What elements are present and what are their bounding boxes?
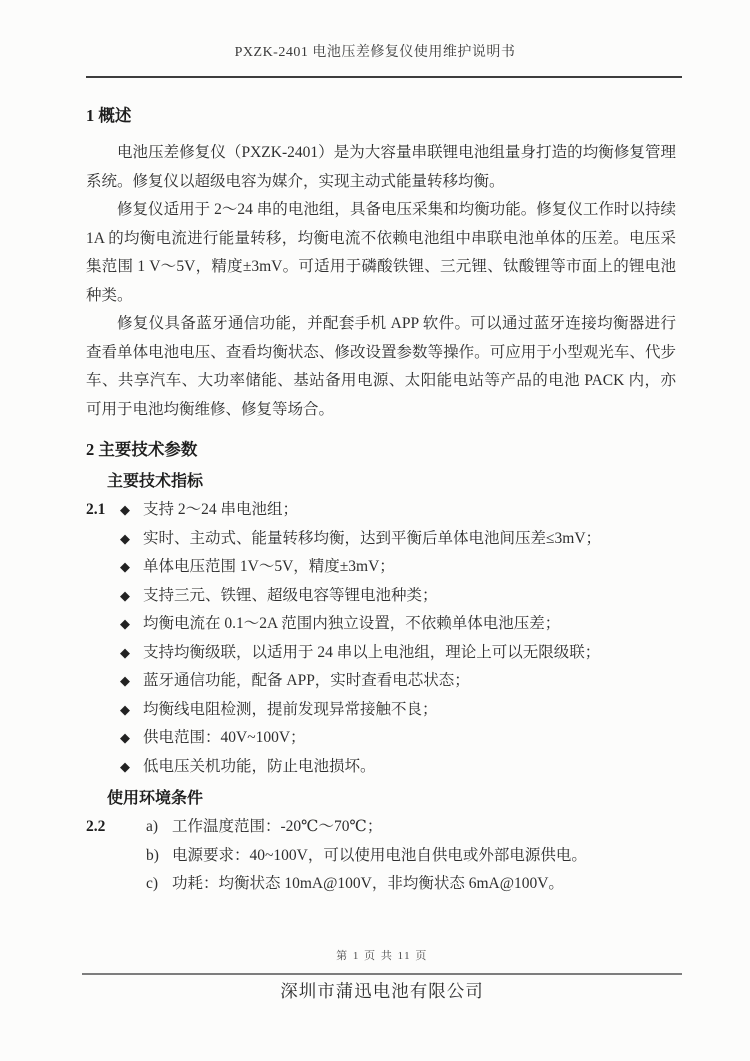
overview-paragraph: 电池压差修复仪（PXZK-2401）是为大容量串联锂电池组量身打造的均衡修复管理… <box>86 139 676 196</box>
environment-item-text: 电源要求：40~100V，可以使用电池自供电或外部电源供电。 <box>172 847 587 864</box>
spec-bullet-text: 支持 2～24 串电池组； <box>143 501 298 518</box>
page-number-info: 第 1 页 共 11 页 <box>82 948 682 964</box>
diamond-bullet-icon: ◆ <box>120 639 143 668</box>
overview-paragraph: 修复仪具备蓝牙通信功能，并配套手机 APP 软件。可以通过蓝牙连接均衡器进行查看… <box>86 310 676 424</box>
environment-item: a)工作温度范围：-20℃～70℃； <box>86 813 676 842</box>
section-heading-overview: 1 概述 <box>86 102 676 130</box>
subsection-number-2-1: 2.1 <box>86 496 105 525</box>
spec-bullet-text: 支持均衡级联，以适用于 24 串以上电池组，理论上可以无限级联； <box>143 644 600 661</box>
diamond-bullet-icon: ◆ <box>120 667 143 696</box>
environment-list: 2.2 a)工作温度范围：-20℃～70℃； b)电源要求：40~100V，可以… <box>86 813 676 899</box>
overview-paragraph: 修复仪适用于 2～24 串的电池组，具备电压采集和均衡功能。修复仪工作时以持续 … <box>86 196 676 310</box>
indicator-list: 2.1 ◆支持 2～24 串电池组； ◆实时、主动式、能量转移均衡，达到平衡后单… <box>86 496 676 781</box>
footer-rule <box>82 973 682 975</box>
environment-item: c)功耗：均衡状态 10mA@100V，非均衡状态 6mA@100V。 <box>86 870 676 899</box>
section-heading-specs: 2 主要技术参数 <box>86 436 676 464</box>
diamond-bullet-icon: ◆ <box>120 553 143 582</box>
spec-bullet-text: 支持三元、铁锂、超级电容等锂电池种类； <box>143 587 438 604</box>
item-marker: a) <box>146 813 172 842</box>
document-page: PXZK-2401 电池压差修复仪使用维护说明书 1 概述 电池压差修复仪（PX… <box>0 0 750 1061</box>
spec-bullet-item: ◆单体电压范围 1V～5V，精度±3mV； <box>86 553 676 582</box>
diamond-bullet-icon: ◆ <box>120 753 143 782</box>
spec-bullet-item: ◆蓝牙通信功能，配备 APP，实时查看电芯状态； <box>86 667 676 696</box>
spec-bullet-text: 低电压关机功能，防止电池损坏。 <box>143 758 376 775</box>
diamond-bullet-icon: ◆ <box>120 696 143 725</box>
spec-bullet-text: 均衡线电阻检测，提前发现异常接触不良； <box>143 701 438 718</box>
spec-bullet-item: ◆支持三元、铁锂、超级电容等锂电池种类； <box>86 582 676 611</box>
spec-bullet-text: 蓝牙通信功能，配备 APP，实时查看电芯状态； <box>143 672 470 689</box>
spec-bullet-text: 单体电压范围 1V～5V，精度±3mV； <box>143 558 395 575</box>
diamond-bullet-icon: ◆ <box>120 610 143 639</box>
subsection-heading-indicators: 主要技术指标 <box>107 468 676 496</box>
subsection-number-2-2: 2.2 <box>86 813 105 842</box>
environment-item: b)电源要求：40~100V，可以使用电池自供电或外部电源供电。 <box>86 842 676 871</box>
spec-bullet-text: 实时、主动式、能量转移均衡，达到平衡后单体电池间压差≤3mV； <box>143 530 601 547</box>
page-body: 1 概述 电池压差修复仪（PXZK-2401）是为大容量串联锂电池组量身打造的均… <box>0 102 750 899</box>
spec-bullet-item: ◆供电范围：40V~100V； <box>86 724 676 753</box>
diamond-bullet-icon: ◆ <box>120 496 143 525</box>
spec-bullet-item: ◆实时、主动式、能量转移均衡，达到平衡后单体电池间压差≤3mV； <box>86 525 676 554</box>
document-title: PXZK-2401 电池压差修复仪使用维护说明书 <box>0 42 750 64</box>
spec-bullet-text: 供电范围：40V~100V； <box>143 729 306 746</box>
environment-item-text: 工作温度范围：-20℃～70℃； <box>172 818 382 835</box>
spec-bullet-item: ◆均衡线电阻检测，提前发现异常接触不良； <box>86 696 676 725</box>
spec-bullet-text: 均衡电流在 0.1～2A 范围内独立设置，不依赖单体电池压差； <box>143 615 560 632</box>
page-footer: 第 1 页 共 11 页 深圳市蒲迅电池有限公司 <box>82 948 682 1004</box>
diamond-bullet-icon: ◆ <box>120 525 143 554</box>
spec-bullet-item: ◆支持 2～24 串电池组； <box>86 496 676 525</box>
header-rule <box>86 76 682 78</box>
spec-bullet-item: ◆低电压关机功能，防止电池损坏。 <box>86 753 676 782</box>
environment-item-text: 功耗：均衡状态 10mA@100V，非均衡状态 6mA@100V。 <box>172 875 564 892</box>
item-marker: b) <box>146 842 172 871</box>
company-name: 深圳市蒲迅电池有限公司 <box>82 978 682 1004</box>
page-header: PXZK-2401 电池压差修复仪使用维护说明书 <box>0 0 750 78</box>
diamond-bullet-icon: ◆ <box>120 724 143 753</box>
subsection-heading-environment: 使用环境条件 <box>107 785 676 813</box>
spec-bullet-item: ◆均衡电流在 0.1～2A 范围内独立设置，不依赖单体电池压差； <box>86 610 676 639</box>
spec-bullet-item: ◆支持均衡级联，以适用于 24 串以上电池组，理论上可以无限级联； <box>86 639 676 668</box>
item-marker: c) <box>146 870 172 899</box>
diamond-bullet-icon: ◆ <box>120 582 143 611</box>
